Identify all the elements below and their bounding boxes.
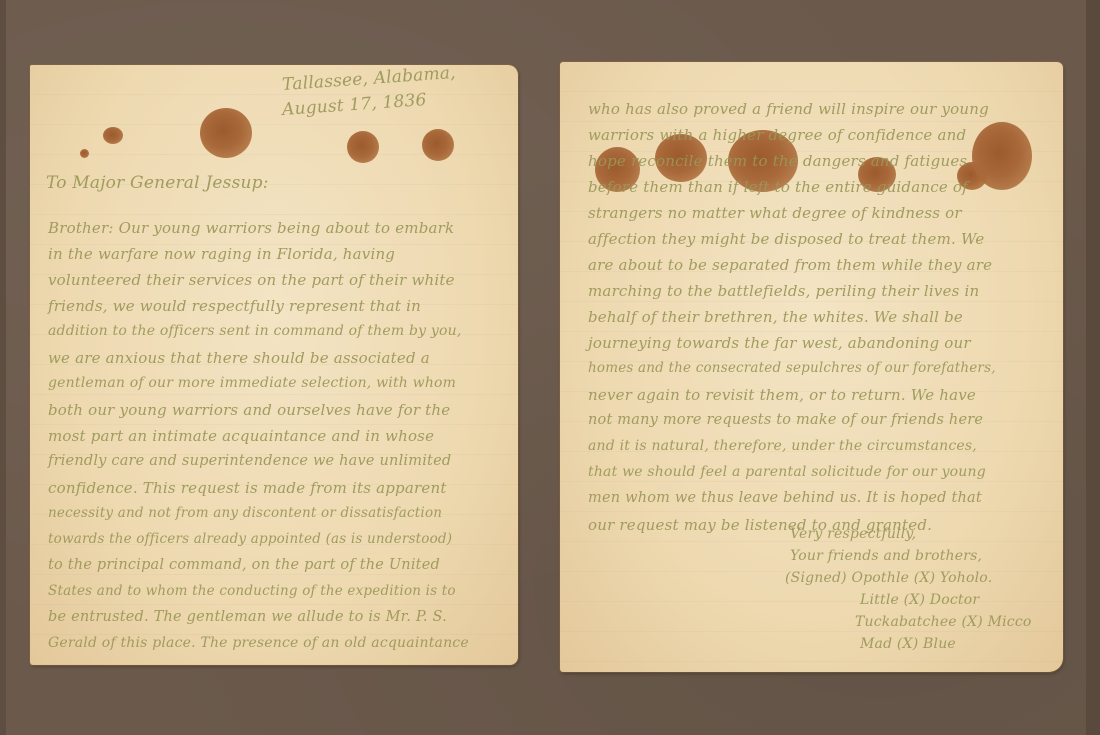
body-line: States and to whom the conducting of the… [48, 583, 456, 599]
body-line: marching to the battlefields, periling t… [588, 282, 979, 300]
body-line: affection they might be disposed to trea… [588, 230, 984, 248]
letter-page-2: who has also proved a friend will inspir… [560, 62, 1063, 672]
body-line: homes and the consecrated sepulchres of … [588, 360, 996, 376]
body-line: men whom we thus leave behind us. It is … [588, 490, 982, 506]
body-line: warriors with a higher degree of confide… [588, 126, 966, 144]
letter-heading-place: Tallassee, Alabama, [282, 63, 457, 95]
body-line: necessity and not from any discontent or… [48, 505, 442, 521]
letter-salutation: To Major General Jessup: [46, 173, 269, 193]
body-line: confidence. This request is made from it… [48, 479, 447, 497]
body-line: strangers no matter what degree of kindn… [588, 204, 962, 222]
body-line: not many more requests to make of our fr… [588, 412, 983, 428]
stain [972, 122, 1032, 190]
body-line: journeying towards the far west, abandon… [588, 334, 971, 352]
body-line: that we should feel a parental solicitud… [588, 464, 986, 480]
letter-page-1: Tallassee, Alabama, August 17, 1836 To M… [30, 65, 518, 665]
letter-heading-date: August 17, 1836 [281, 90, 427, 120]
body-line: most part an intimate acquaintance and i… [48, 427, 434, 445]
frame-mat-edge-left [0, 0, 6, 735]
body-line: never again to revisit them, or to retur… [588, 386, 976, 404]
body-line: volunteered their services on the part o… [48, 271, 455, 289]
body-line: to the principal command, on the part of… [48, 557, 440, 573]
letter-closing-2: Your friends and brothers, [790, 548, 982, 564]
signature-line: Tuckabatchee (X) Micco [855, 614, 1032, 630]
body-line: both our young warriors and ourselves ha… [48, 401, 450, 419]
frame-mat-edge-right [1086, 0, 1100, 735]
stain [80, 149, 89, 158]
body-line: friendly care and superintendence we hav… [48, 453, 451, 469]
body-line: before them than if left to the entire g… [588, 178, 968, 196]
stain [103, 127, 123, 144]
stain [347, 131, 379, 163]
body-line: who has also proved a friend will inspir… [588, 100, 989, 118]
stain [422, 129, 454, 161]
body-line: gentleman of our more immediate selectio… [48, 375, 456, 391]
body-line: towards the officers already appointed (… [48, 531, 452, 547]
letter-closing: Very respectfully, [790, 526, 916, 542]
body-line: in the warfare now raging in Florida, ha… [48, 245, 395, 263]
signature-line: Mad (X) Blue [860, 636, 956, 652]
body-line: hope reconcile them to the dangers and f… [588, 152, 967, 170]
body-line: are about to be separated from them whil… [588, 256, 992, 274]
body-line: addition to the officers sent in command… [48, 323, 462, 339]
signature-line: Little (X) Doctor [860, 592, 979, 608]
body-line: behalf of their brethren, the whites. We… [588, 308, 963, 326]
body-line: Brother: Our young warriors being about … [48, 219, 454, 237]
body-line: be entrusted. The gentleman we allude to… [48, 609, 447, 625]
body-line: and it is natural, therefore, under the … [588, 438, 977, 454]
signature-line: (Signed) Opothle (X) Yoholo. [785, 570, 992, 586]
body-line: Gerald of this place. The presence of an… [48, 635, 469, 651]
body-line: friends, we would respectfully represent… [48, 297, 421, 315]
stain [200, 108, 252, 158]
body-line: we are anxious that there should be asso… [48, 349, 430, 367]
